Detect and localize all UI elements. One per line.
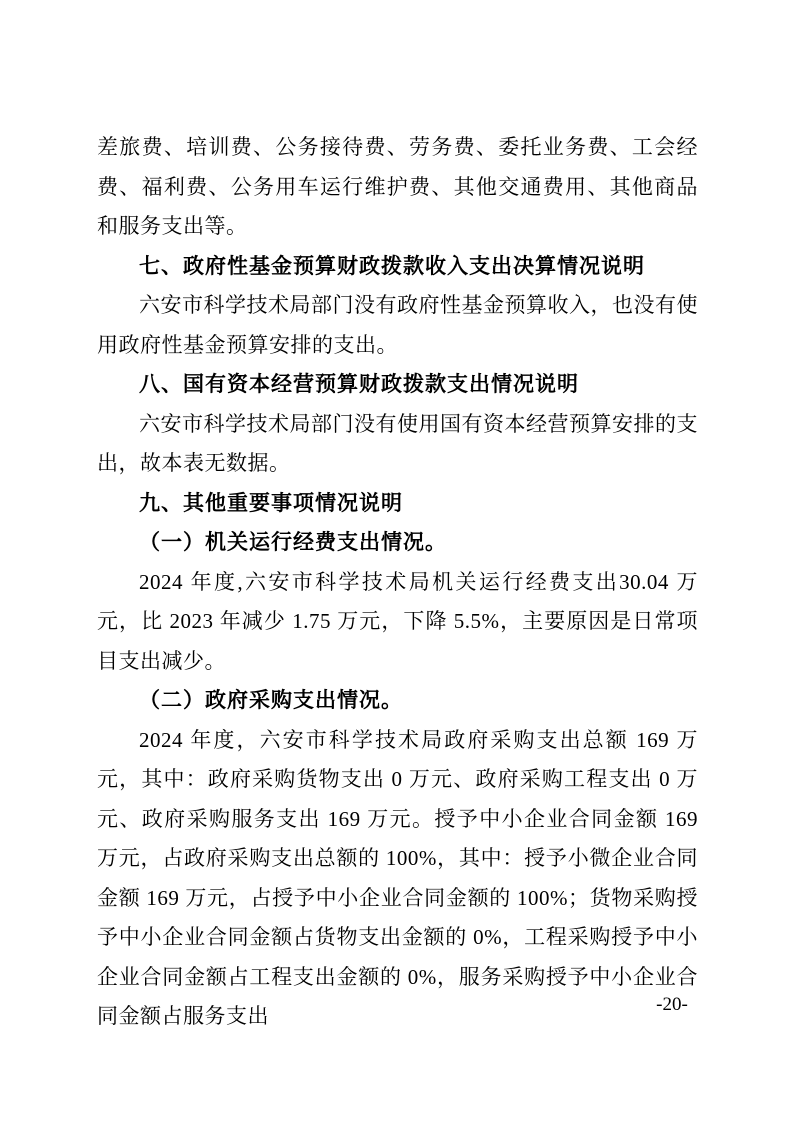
page-number: -20-: [636, 992, 708, 1018]
subheading-9-1-agency-operating-expense: （一）机关运行经费支出情况。: [97, 523, 698, 563]
document-page: 差旅费、培训费、公务接待费、劳务费、委托业务费、工会经费、福利费、公务用车运行维…: [0, 0, 793, 1122]
heading-section-8-state-capital-budget: 八、国有资本经营预算财政拨款支出情况说明: [97, 365, 698, 405]
paragraph-section-7-body: 六安市科学技术局部门没有政府性基金预算收入，也没有使用政府性基金预算安排的支出。: [97, 286, 698, 365]
subheading-9-2-government-procurement: （二）政府采购支出情况。: [97, 681, 698, 721]
heading-section-9-other-important-matters: 九、其他重要事项情况说明: [97, 484, 698, 524]
paragraph-section-8-body: 六安市科学技术局部门没有使用国有资本经营预算安排的支出，故本表无数据。: [97, 405, 698, 484]
paragraph-agency-operating-expense: 2024 年度,六安市科学技术局机关运行经费支出30.04 万元，比 2023 …: [97, 563, 698, 682]
paragraph-government-procurement: 2024 年度，六安市科学技术局政府采购支出总额 169 万元，其中：政府采购货…: [97, 721, 698, 1037]
paragraph-spending-items-continuation: 差旅费、培训费、公务接待费、劳务费、委托业务费、工会经费、福利费、公务用车运行维…: [97, 128, 698, 247]
page-body: 差旅费、培训费、公务接待费、劳务费、委托业务费、工会经费、福利费、公务用车运行维…: [97, 128, 698, 1037]
heading-section-7-government-fund-budget: 七、政府性基金预算财政拨款收入支出决算情况说明: [97, 247, 698, 287]
